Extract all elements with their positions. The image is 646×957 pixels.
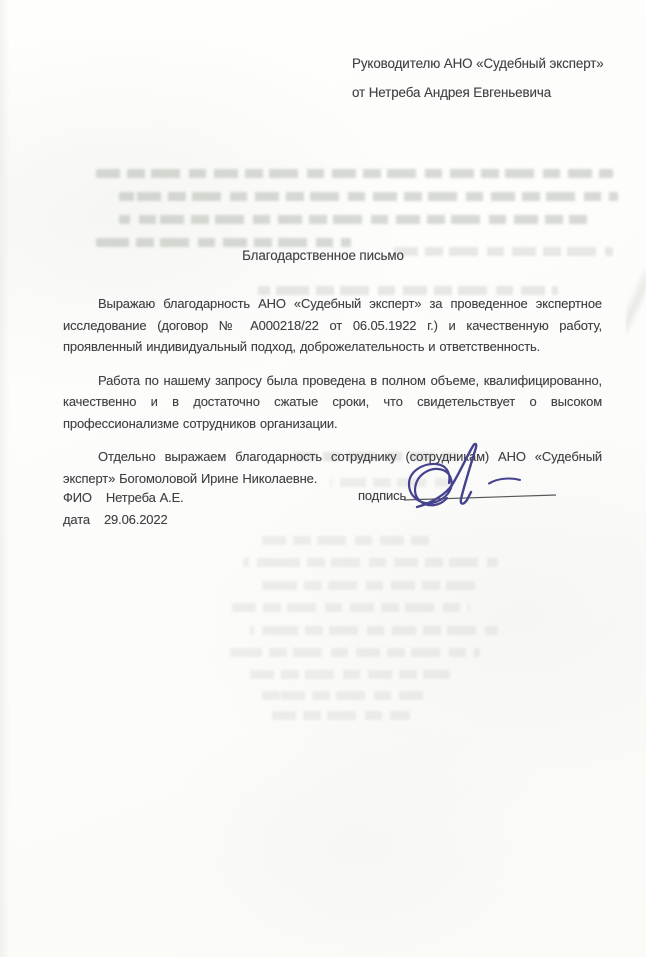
letter-header: Руководителю АНО «Судебный эксперт» от Н…	[352, 56, 604, 100]
date-value: 29.06.2022	[104, 512, 168, 527]
bleedthrough-line	[250, 626, 498, 635]
bleedthrough-line	[119, 192, 618, 201]
letter-title: Благодарственное письмо	[0, 248, 646, 263]
scanned-letter-page: Руководителю АНО «Судебный эксперт» от Н…	[0, 0, 646, 957]
date-label: дата	[63, 509, 90, 531]
bleedthrough-line	[258, 581, 480, 590]
paragraph-quality: Работа по нашему запросу была проведена …	[63, 370, 602, 435]
sender-line: от Нетреба Андрея Евгеньевича	[352, 85, 604, 100]
bleedthrough-line	[96, 238, 351, 247]
paper-crease	[626, 268, 646, 338]
paragraph-gratitude: Выражаю благодарность АНО «Судебный эксп…	[63, 293, 602, 358]
recipient-line: Руководителю АНО «Судебный эксперт»	[352, 56, 604, 71]
bleedthrough-line	[262, 536, 430, 545]
date-row: дата29.06.2022	[63, 509, 168, 531]
paragraph-employee-thanks: Отдельно выражаем благодарность сотрудни…	[63, 446, 602, 489]
fio-label: ФИО	[63, 487, 92, 509]
fio-row: ФИОНетреба А.Е.	[63, 487, 184, 509]
scan-left-shadow	[0, 0, 10, 957]
bleedthrough-line	[232, 603, 470, 612]
bleedthrough-line	[250, 670, 450, 679]
bleedthrough-line	[119, 215, 587, 224]
bleedthrough-line	[262, 691, 430, 700]
fio-value: Нетреба А.Е.	[106, 490, 184, 505]
signature-label: подпись	[358, 485, 406, 507]
bleedthrough-line	[243, 558, 498, 567]
bleedthrough-line	[230, 648, 480, 657]
bleedthrough-line	[272, 711, 410, 720]
bleedthrough-line	[96, 169, 613, 178]
letter-body: Выражаю благодарность АНО «Судебный эксп…	[63, 293, 602, 501]
